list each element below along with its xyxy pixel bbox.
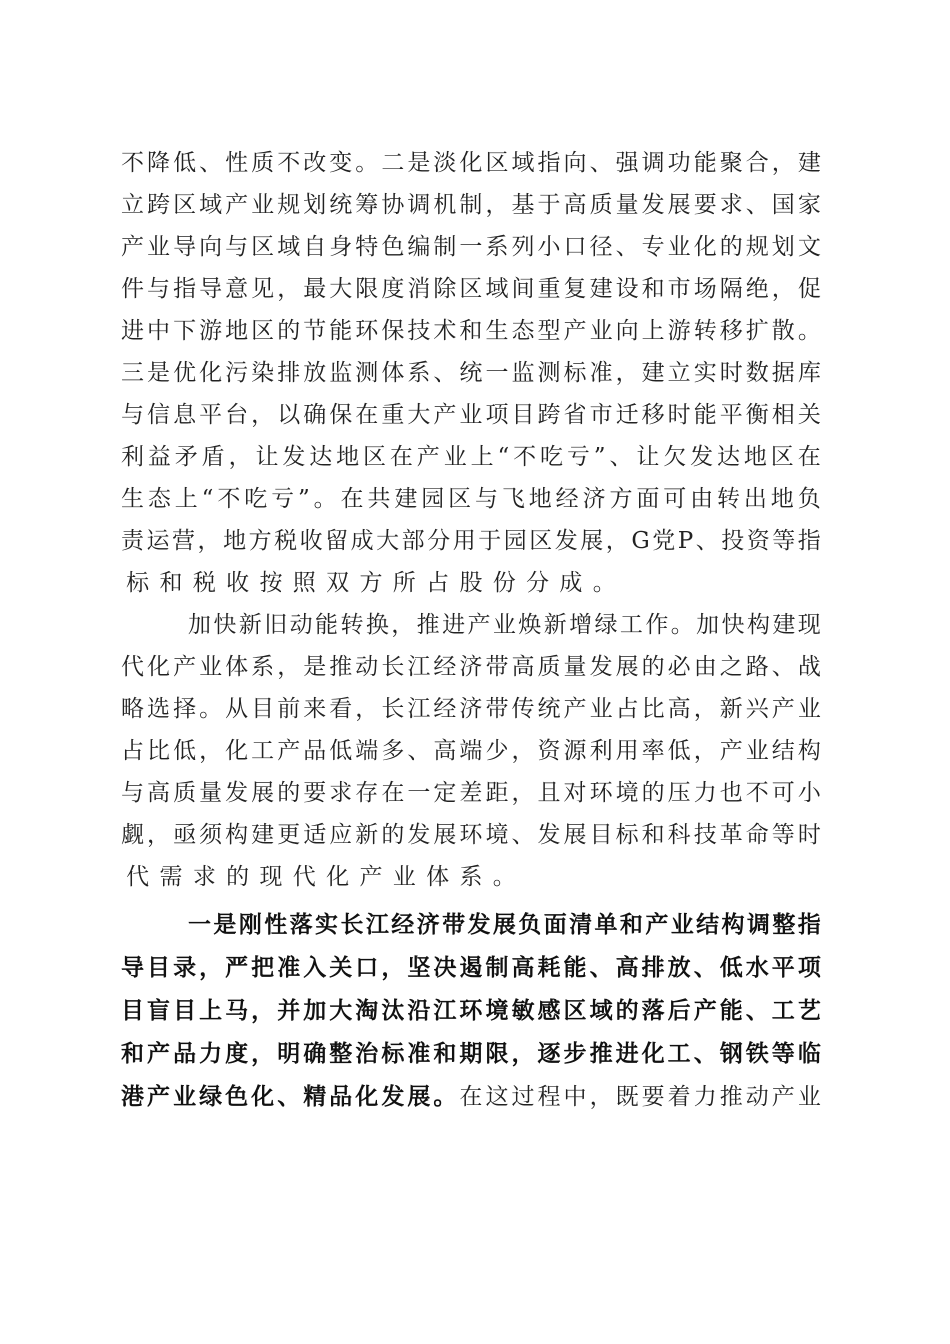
glyph: 测 bbox=[355, 356, 378, 390]
glyph: 业 bbox=[459, 398, 482, 432]
glyph: 污 bbox=[225, 356, 248, 390]
glyph: 品 bbox=[173, 1037, 196, 1071]
glyph: 工 bbox=[620, 608, 643, 642]
glyph: 利 bbox=[121, 440, 144, 474]
glyph: 调 bbox=[747, 908, 770, 942]
glyph: 矛 bbox=[175, 440, 198, 474]
glyph: 经 bbox=[433, 692, 456, 726]
glyph: 量 bbox=[199, 776, 222, 810]
glyph: 关 bbox=[329, 951, 352, 985]
glyph: 低 bbox=[720, 951, 743, 985]
glyph: 相 bbox=[772, 398, 795, 432]
glyph: 构 bbox=[722, 908, 745, 942]
glyph: ， bbox=[391, 608, 414, 642]
glyph: 对 bbox=[564, 776, 587, 810]
glyph: 监 bbox=[329, 356, 352, 390]
glyph: 游 bbox=[199, 314, 222, 348]
glyph: 放 bbox=[303, 356, 326, 390]
glyph: 区 bbox=[564, 994, 587, 1028]
glyph: 散 bbox=[772, 314, 795, 348]
glyph: 盲 bbox=[147, 994, 170, 1028]
glyph: 低 bbox=[668, 734, 691, 768]
glyph: 业 bbox=[388, 860, 421, 894]
glyph: 业 bbox=[671, 908, 694, 942]
glyph: 落 bbox=[642, 994, 665, 1028]
glyph: 最 bbox=[303, 272, 326, 306]
glyph: 亟 bbox=[173, 818, 196, 852]
glyph: 带 bbox=[485, 692, 508, 726]
glyph: 向 bbox=[616, 314, 639, 348]
glyph: 目 bbox=[147, 951, 170, 985]
glyph: 要 bbox=[642, 1080, 665, 1114]
glyph: 期 bbox=[459, 1037, 482, 1071]
glyph: 步 bbox=[564, 1037, 587, 1071]
glyph: 展 bbox=[433, 818, 456, 852]
glyph: 地 bbox=[529, 482, 552, 516]
glyph: 跨 bbox=[538, 398, 561, 432]
glyph: 业 bbox=[493, 608, 516, 642]
glyph: 域 bbox=[511, 146, 534, 180]
glyph: 化 bbox=[225, 734, 248, 768]
glyph: 达 bbox=[717, 440, 740, 474]
glyph: 股 bbox=[454, 566, 487, 600]
glyph: 标 bbox=[121, 566, 154, 600]
glyph: 转 bbox=[717, 482, 740, 516]
glyph: 高 bbox=[511, 951, 534, 985]
glyph: 建 bbox=[642, 356, 665, 390]
glyph: 转 bbox=[340, 608, 363, 642]
glyph: 展 bbox=[564, 818, 587, 852]
glyph: 优 bbox=[173, 356, 196, 390]
glyph: 部 bbox=[402, 524, 425, 558]
glyph: 方 bbox=[354, 566, 387, 600]
glyph: 功 bbox=[668, 146, 691, 180]
glyph: 强 bbox=[616, 146, 639, 180]
glyph: 构 bbox=[225, 818, 248, 852]
glyph: 建 bbox=[772, 608, 795, 642]
glyph: 径 bbox=[590, 230, 613, 264]
glyph: 上 bbox=[642, 314, 665, 348]
glyph: 息 bbox=[173, 398, 196, 432]
glyph: 移 bbox=[642, 398, 665, 432]
glyph: 项 bbox=[798, 951, 821, 985]
glyph: 大 bbox=[376, 524, 399, 558]
glyph: 机 bbox=[433, 188, 456, 222]
text-line: 立跨区域产业规划统筹协调机制，基于高质量发展要求、国家 bbox=[121, 188, 821, 222]
glyph: 指 bbox=[798, 524, 821, 558]
glyph: 实 bbox=[694, 356, 717, 390]
glyph: 转 bbox=[694, 314, 717, 348]
glyph: 、 bbox=[277, 1080, 300, 1114]
glyph: 一 bbox=[407, 776, 430, 810]
glyph: 协 bbox=[381, 188, 404, 222]
glyph: 、 bbox=[609, 440, 632, 474]
glyph: 导 bbox=[199, 272, 222, 306]
glyph: 数 bbox=[746, 356, 769, 390]
glyph: 目 bbox=[590, 818, 613, 852]
text-line: 导目录，严把准入关口，坚决遏制高耗能、高排放、低水平项 bbox=[121, 951, 821, 985]
glyph: 推 bbox=[417, 608, 440, 642]
glyph: 要 bbox=[694, 188, 717, 222]
glyph: 、 bbox=[616, 230, 639, 264]
glyph: 染 bbox=[251, 356, 274, 390]
glyph: 耗 bbox=[538, 951, 561, 985]
glyph: 负 bbox=[798, 482, 821, 516]
glyph: 需 bbox=[154, 860, 187, 894]
glyph: 港 bbox=[121, 1080, 144, 1114]
text-line: 和产品力度，明确整治标准和期限，逐步推进化工、钢铁等临 bbox=[121, 1037, 821, 1071]
glyph: 面 bbox=[636, 482, 659, 516]
glyph: 据 bbox=[772, 356, 795, 390]
glyph: 业 bbox=[746, 734, 769, 768]
glyph: 改 bbox=[303, 146, 326, 180]
glyph: 确 bbox=[303, 1037, 326, 1071]
glyph: 、 bbox=[590, 146, 613, 180]
glyph: 既 bbox=[616, 1080, 639, 1114]
glyph: 盾 bbox=[202, 440, 225, 474]
glyph: 艺 bbox=[798, 994, 821, 1028]
glyph: 比 bbox=[147, 734, 170, 768]
glyph: 税 bbox=[188, 566, 221, 600]
glyph: 。 bbox=[355, 146, 378, 180]
glyph: 制 bbox=[485, 951, 508, 985]
glyph: 决 bbox=[433, 951, 456, 985]
glyph: 化 bbox=[355, 1080, 378, 1114]
glyph: 合 bbox=[746, 146, 769, 180]
glyph: 生 bbox=[485, 314, 508, 348]
glyph: 化 bbox=[694, 230, 717, 264]
glyph: 时 bbox=[720, 356, 743, 390]
glyph: 、 bbox=[746, 188, 769, 222]
glyph: 让 bbox=[255, 440, 278, 474]
glyph: 立 bbox=[121, 188, 144, 222]
glyph: 列 bbox=[511, 230, 534, 264]
glyph: 统 bbox=[329, 188, 352, 222]
glyph: 质 bbox=[251, 146, 274, 180]
glyph: 上 bbox=[175, 482, 198, 516]
glyph: “ bbox=[497, 440, 509, 474]
glyph: 、 bbox=[433, 356, 456, 390]
glyph: 建 bbox=[798, 146, 821, 180]
glyph: 地 bbox=[225, 314, 248, 348]
glyph: ， bbox=[381, 951, 404, 985]
glyph: 由 bbox=[694, 650, 717, 684]
glyph: 能 bbox=[564, 951, 587, 985]
glyph: 进 bbox=[616, 1037, 639, 1071]
glyph: 、 bbox=[511, 818, 534, 852]
glyph: 、 bbox=[199, 146, 222, 180]
glyph: 区 bbox=[251, 314, 274, 348]
glyph: 绝 bbox=[746, 272, 769, 306]
glyph: 着 bbox=[668, 1080, 691, 1114]
glyph: 低 bbox=[329, 734, 352, 768]
glyph: 等 bbox=[772, 524, 795, 558]
glyph: 责 bbox=[121, 524, 144, 558]
glyph: 业 bbox=[798, 692, 821, 726]
glyph: 系 bbox=[407, 356, 430, 390]
glyph: 口 bbox=[355, 951, 378, 985]
glyph: 监 bbox=[511, 356, 534, 390]
text-line: 与高质量发展的要求存在一定差距，且对环境的压力也不可小 bbox=[121, 776, 821, 810]
glyph: 是 bbox=[407, 146, 430, 180]
glyph: 落 bbox=[290, 908, 313, 942]
glyph: ， bbox=[511, 776, 534, 810]
glyph: 水 bbox=[746, 951, 769, 985]
glyph: 欠 bbox=[663, 440, 686, 474]
glyph: 建 bbox=[251, 818, 274, 852]
glyph: 场 bbox=[694, 272, 717, 306]
glyph: G bbox=[631, 524, 649, 558]
glyph: 时 bbox=[668, 398, 691, 432]
glyph: 新 bbox=[239, 608, 262, 642]
glyph: 低 bbox=[173, 146, 196, 180]
glyph: 关 bbox=[798, 398, 821, 432]
glyph: 和 bbox=[433, 1037, 456, 1071]
glyph: 。 bbox=[199, 692, 222, 726]
glyph: 现 bbox=[254, 860, 287, 894]
glyph: 等 bbox=[772, 818, 795, 852]
glyph: 在 bbox=[381, 776, 404, 810]
glyph: 产 bbox=[467, 608, 490, 642]
glyph: 标 bbox=[564, 356, 587, 390]
glyph: 质 bbox=[173, 776, 196, 810]
glyph: 隔 bbox=[720, 272, 743, 306]
glyph: 度 bbox=[381, 272, 404, 306]
glyph: 不 bbox=[217, 482, 240, 516]
glyph: 导 bbox=[173, 230, 196, 264]
glyph: 带 bbox=[485, 650, 508, 684]
glyph: 负 bbox=[518, 908, 541, 942]
glyph: 带 bbox=[442, 908, 465, 942]
glyph: 、 bbox=[694, 1037, 717, 1071]
glyph: 适 bbox=[303, 818, 326, 852]
glyph: 小 bbox=[798, 776, 821, 810]
glyph: 生 bbox=[121, 482, 144, 516]
glyph: ， bbox=[251, 1037, 274, 1071]
glyph: 降 bbox=[147, 146, 170, 180]
glyph: 能 bbox=[329, 314, 352, 348]
glyph: 意 bbox=[225, 272, 248, 306]
glyph: 地 bbox=[223, 524, 246, 558]
text-line: 觑，亟须构建更适应新的发展环境、发展目标和科技革命等时 bbox=[121, 818, 821, 852]
glyph: 业 bbox=[444, 440, 467, 474]
glyph: 钢 bbox=[720, 1037, 743, 1071]
glyph: 觑 bbox=[121, 818, 144, 852]
glyph: 占 bbox=[421, 566, 454, 600]
glyph: 达 bbox=[309, 440, 332, 474]
glyph: 择 bbox=[173, 692, 196, 726]
glyph: 产 bbox=[121, 230, 144, 264]
glyph: ， bbox=[590, 1080, 613, 1114]
glyph: 低 bbox=[173, 734, 196, 768]
glyph: 体 bbox=[225, 650, 248, 684]
glyph: ， bbox=[772, 272, 795, 306]
glyph: ， bbox=[147, 818, 170, 852]
glyph: 、 bbox=[590, 951, 613, 985]
glyph: 高 bbox=[616, 951, 639, 985]
glyph: 不 bbox=[746, 776, 769, 810]
glyph: 压 bbox=[668, 776, 691, 810]
glyph: 国 bbox=[772, 188, 795, 222]
glyph: 可 bbox=[663, 482, 686, 516]
glyph: 少 bbox=[485, 734, 508, 768]
glyph: 地 bbox=[771, 482, 794, 516]
glyph: 是 bbox=[303, 650, 326, 684]
glyph: 下 bbox=[173, 314, 196, 348]
glyph: 让 bbox=[636, 440, 659, 474]
glyph: 产 bbox=[225, 188, 248, 222]
glyph: 身 bbox=[329, 230, 352, 264]
glyph: 区 bbox=[448, 482, 471, 516]
glyph: 济 bbox=[417, 908, 440, 942]
glyph: 划 bbox=[772, 230, 795, 264]
glyph: 展 bbox=[493, 908, 516, 942]
glyph: 的 bbox=[221, 860, 254, 894]
text-line: 责运营，地方税收留成大部分用于园区发展，G党P、投资等指 bbox=[121, 524, 821, 558]
glyph: 业 bbox=[251, 188, 274, 222]
glyph: 域 bbox=[199, 188, 222, 222]
glyph: 产 bbox=[694, 994, 717, 1028]
glyph: 目 bbox=[173, 994, 196, 1028]
glyph: 间 bbox=[511, 272, 534, 306]
glyph: 济 bbox=[583, 482, 606, 516]
glyph: 跨 bbox=[147, 188, 170, 222]
glyph: 区 bbox=[529, 524, 552, 558]
glyph: 平 bbox=[772, 951, 795, 985]
glyph: “ bbox=[202, 482, 214, 516]
glyph: 端 bbox=[459, 734, 482, 768]
glyph: 经 bbox=[391, 908, 414, 942]
glyph: 收 bbox=[221, 566, 254, 600]
glyph: 调 bbox=[642, 146, 665, 180]
glyph: 产 bbox=[564, 314, 587, 348]
glyph: 区 bbox=[771, 440, 794, 474]
glyph: 分 bbox=[427, 524, 450, 558]
glyph: 高 bbox=[668, 692, 691, 726]
glyph: 推 bbox=[720, 1080, 743, 1114]
text-line: 生态上“不吃亏”。在共建园区与飞地经济方面可由转出地负 bbox=[121, 482, 821, 516]
glyph: 衡 bbox=[746, 398, 769, 432]
glyph: 不 bbox=[121, 146, 144, 180]
glyph: 系 bbox=[251, 650, 274, 684]
glyph: 与 bbox=[225, 230, 248, 264]
glyph: 的 bbox=[642, 776, 665, 810]
glyph: 绿 bbox=[595, 608, 618, 642]
glyph: 区 bbox=[173, 188, 196, 222]
glyph: 区 bbox=[251, 230, 274, 264]
glyph: 精 bbox=[303, 1080, 326, 1114]
glyph: 专 bbox=[642, 230, 665, 264]
glyph: 平 bbox=[720, 398, 743, 432]
text-line: 件与指导意见，最大限度消除区域间重复建设和市场隔绝，促 bbox=[121, 272, 821, 306]
glyph: 项 bbox=[485, 398, 508, 432]
glyph: 环 bbox=[355, 314, 378, 348]
glyph: 口 bbox=[564, 230, 587, 264]
glyph: 单 bbox=[595, 908, 618, 942]
glyph: 游 bbox=[668, 314, 691, 348]
glyph: 目 bbox=[511, 398, 534, 432]
glyph: 指 bbox=[538, 146, 561, 180]
glyph: 展 bbox=[580, 524, 603, 558]
glyph: 制 bbox=[433, 230, 456, 264]
glyph: 工 bbox=[772, 994, 795, 1028]
glyph: 业 bbox=[590, 692, 613, 726]
glyph: 省 bbox=[564, 398, 587, 432]
glyph: ， bbox=[199, 734, 222, 768]
glyph: 区 bbox=[363, 440, 386, 474]
glyph: 亏 bbox=[567, 440, 590, 474]
glyph: 距 bbox=[485, 776, 508, 810]
glyph: 调 bbox=[407, 188, 430, 222]
glyph: 市 bbox=[668, 272, 691, 306]
glyph: 用 bbox=[453, 524, 476, 558]
glyph: 展 bbox=[616, 650, 639, 684]
glyph: 留 bbox=[325, 524, 348, 558]
text-line: 代化产业体系，是推动长江经济带高质量发展的必由之路、战 bbox=[121, 650, 821, 684]
glyph: 济 bbox=[459, 692, 482, 726]
glyph: 指 bbox=[798, 908, 821, 942]
glyph: 产 bbox=[173, 650, 196, 684]
glyph: 临 bbox=[798, 1037, 821, 1071]
glyph: 作 bbox=[645, 608, 668, 642]
glyph: 不 bbox=[513, 440, 536, 474]
glyph: 。 bbox=[671, 608, 694, 642]
glyph: 照 bbox=[288, 566, 321, 600]
glyph: 双 bbox=[321, 566, 354, 600]
glyph: 排 bbox=[277, 356, 300, 390]
glyph: 面 bbox=[544, 908, 567, 942]
glyph: ， bbox=[485, 188, 508, 222]
glyph: 域 bbox=[277, 230, 300, 264]
glyph: 立 bbox=[668, 356, 691, 390]
glyph: 端 bbox=[355, 734, 378, 768]
glyph: 快 bbox=[722, 608, 745, 642]
glyph: 高 bbox=[511, 650, 534, 684]
glyph: 分 bbox=[521, 566, 554, 600]
glyph: 境 bbox=[485, 994, 508, 1028]
glyph: 选 bbox=[147, 692, 170, 726]
glyph: 产 bbox=[417, 440, 440, 474]
glyph: 长 bbox=[381, 692, 404, 726]
glyph: 江 bbox=[407, 692, 430, 726]
glyph: 增 bbox=[569, 608, 592, 642]
glyph: ， bbox=[198, 524, 221, 558]
glyph: 收 bbox=[300, 524, 323, 558]
glyph: 重 bbox=[381, 398, 404, 432]
glyph: 代 bbox=[288, 860, 321, 894]
glyph: 现 bbox=[798, 608, 821, 642]
glyph: ， bbox=[251, 398, 274, 432]
glyph: 占 bbox=[616, 692, 639, 726]
glyph: 共 bbox=[367, 482, 390, 516]
glyph: 发 bbox=[642, 188, 665, 222]
glyph: 清 bbox=[569, 908, 592, 942]
glyph: 度 bbox=[225, 1037, 248, 1071]
glyph: 用 bbox=[616, 734, 639, 768]
glyph: 于 bbox=[478, 524, 501, 558]
glyph: 变 bbox=[329, 146, 352, 180]
glyph: 规 bbox=[746, 230, 769, 264]
glyph: 迁 bbox=[616, 398, 639, 432]
glyph: 品 bbox=[303, 734, 326, 768]
glyph: 地 bbox=[744, 440, 767, 474]
glyph: 定 bbox=[433, 776, 456, 810]
glyph: 严 bbox=[225, 951, 248, 985]
glyph: 淘 bbox=[355, 994, 378, 1028]
glyph: 长 bbox=[381, 650, 404, 684]
glyph: 推 bbox=[590, 1037, 613, 1071]
glyph: 量 bbox=[616, 188, 639, 222]
